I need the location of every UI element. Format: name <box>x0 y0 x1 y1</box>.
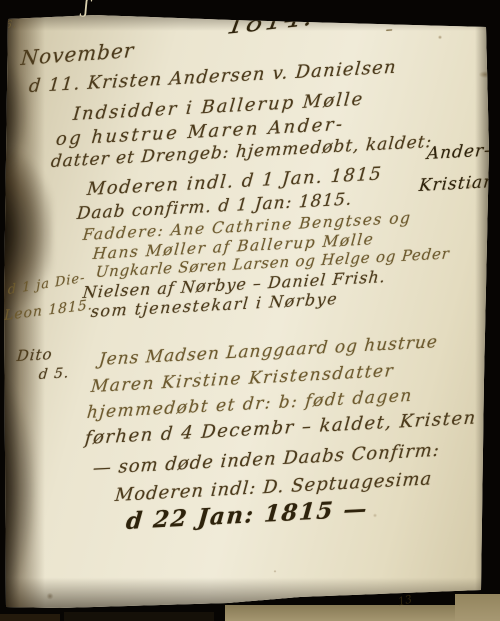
edge-stain <box>0 55 28 175</box>
child-name-margin-note: Kristian— <box>418 171 500 196</box>
shadow-gap <box>64 612 214 621</box>
year-heading: 1814. <box>225 0 317 41</box>
table-edge <box>0 614 60 621</box>
corner-mark: 6. <box>5 19 17 31</box>
month-heading: November <box>20 38 135 70</box>
manuscript-page: 1814. – 6. November d 11. Kristen Anders… <box>0 0 500 621</box>
stray-dash-mark: – <box>385 21 394 38</box>
date-margin-note: d 5. <box>38 365 70 383</box>
next-page-edge <box>455 594 500 621</box>
child-name-margin-note: Ander- <box>426 141 492 164</box>
date-margin-note: Dito <box>16 345 53 365</box>
edge-stain <box>0 380 35 600</box>
